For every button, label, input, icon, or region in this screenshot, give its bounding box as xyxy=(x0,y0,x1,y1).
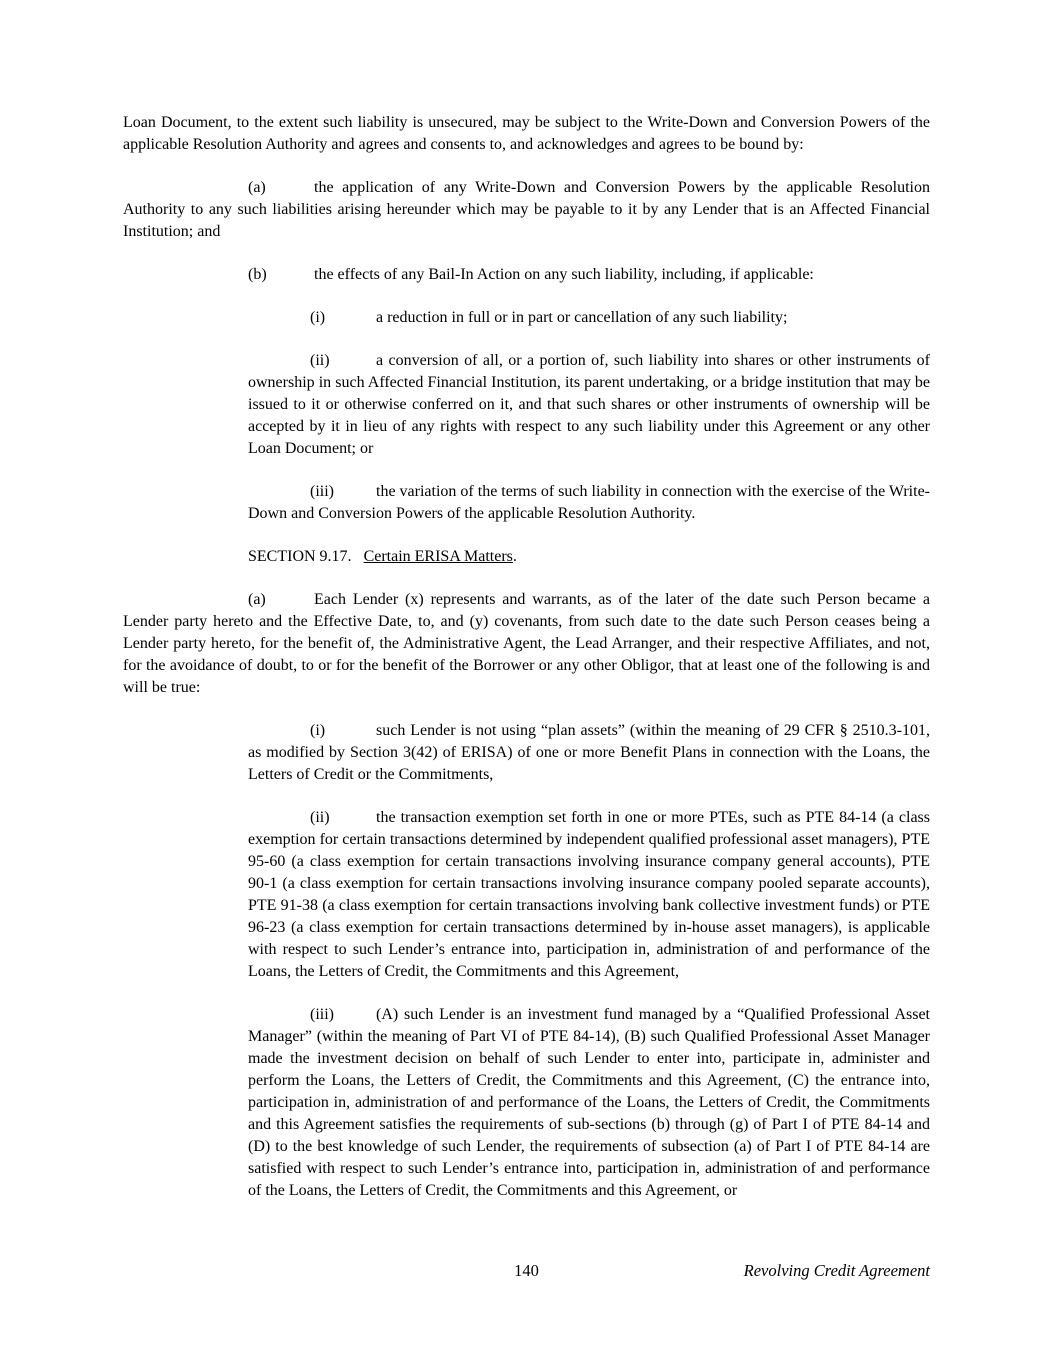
paragraph-continuation: Loan Document, to the extent such liabil… xyxy=(123,112,930,156)
clause-bailin-a: (a)the application of any Write-Down and… xyxy=(123,177,930,243)
page-footer: 140 Revolving Credit Agreement xyxy=(123,1258,930,1284)
subclause-label: (ii) xyxy=(310,350,376,372)
section-number: SECTION 9.17. xyxy=(248,548,352,565)
clause-bailin-b: (b)the effects of any Bail-In Action on … xyxy=(123,264,930,286)
subclause-text: a reduction in full or in part or cancel… xyxy=(376,309,787,326)
section-heading: SECTION 9.17.Certain ERISA Matters. xyxy=(123,546,930,568)
subclause-label: (iii) xyxy=(310,481,376,503)
clause-erisa-a: (a)Each Lender (x) represents and warran… xyxy=(123,589,930,699)
subclause-text: (A) such Lender is an investment fund ma… xyxy=(248,1006,930,1199)
subclause-bailin-b-iii: (iii)the variation of the terms of such … xyxy=(248,481,930,525)
subclause-text: the transaction exemption set forth in o… xyxy=(248,809,930,980)
clause-label: (a) xyxy=(248,589,314,611)
clause-text: the application of any Write-Down and Co… xyxy=(123,179,930,240)
section-title: Certain ERISA Matters xyxy=(364,548,513,565)
footer-document-title: Revolving Credit Agreement xyxy=(744,1258,930,1284)
document-page: Loan Document, to the extent such liabil… xyxy=(0,0,1055,1365)
page-body: Loan Document, to the extent such liabil… xyxy=(123,112,930,1223)
subclause-bailin-b-ii: (ii)a conversion of all, or a portion of… xyxy=(248,350,930,460)
subclause-erisa-a-i: (i)such Lender is not using “plan assets… xyxy=(248,720,930,786)
subclause-label: (i) xyxy=(310,720,376,742)
clause-label: (a) xyxy=(248,177,314,199)
subclause-erisa-a-iii: (iii)(A) such Lender is an investment fu… xyxy=(248,1004,930,1202)
subclause-label: (iii) xyxy=(310,1004,376,1026)
clause-text: the effects of any Bail-In Action on any… xyxy=(314,266,814,283)
subclause-label: (ii) xyxy=(310,807,376,829)
subclause-label: (i) xyxy=(310,307,376,329)
subclause-erisa-a-ii: (ii)the transaction exemption set forth … xyxy=(248,807,930,983)
clause-label: (b) xyxy=(248,264,314,286)
section-title-period: . xyxy=(513,548,517,565)
subclause-bailin-b-i: (i)a reduction in full or in part or can… xyxy=(248,307,930,329)
clause-text: Each Lender (x) represents and warrants,… xyxy=(123,591,930,696)
